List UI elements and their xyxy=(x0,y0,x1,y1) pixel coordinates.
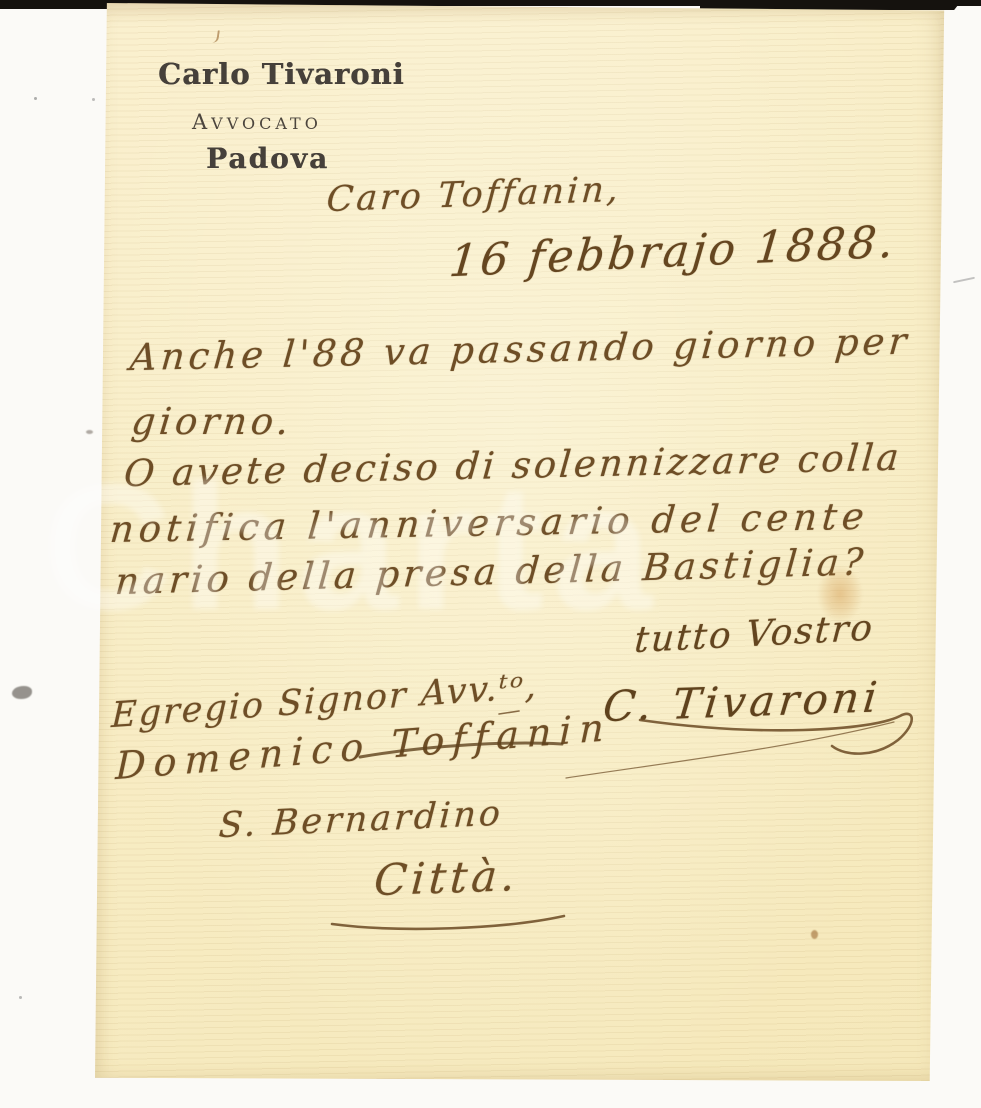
photo-top-border-right xyxy=(700,0,962,10)
letterhead-name: Carlo Tivaroni xyxy=(158,57,405,91)
body-line: giorno. xyxy=(129,400,294,443)
dust-speck xyxy=(12,686,32,699)
signature: C. Tivaroni xyxy=(601,672,883,731)
paper-spot xyxy=(811,930,818,939)
pencil-mark xyxy=(953,277,975,284)
paper-nick xyxy=(86,430,93,434)
dust-speck xyxy=(19,996,22,999)
dust-speck xyxy=(92,98,95,101)
paper-stain xyxy=(817,565,863,623)
letterhead-city: Padova xyxy=(206,142,329,175)
photo-top-border-left xyxy=(0,0,116,9)
dust-speck xyxy=(34,97,37,100)
address-line: Città. xyxy=(372,851,520,906)
letterhead-title: AVVOCATO xyxy=(192,110,322,134)
